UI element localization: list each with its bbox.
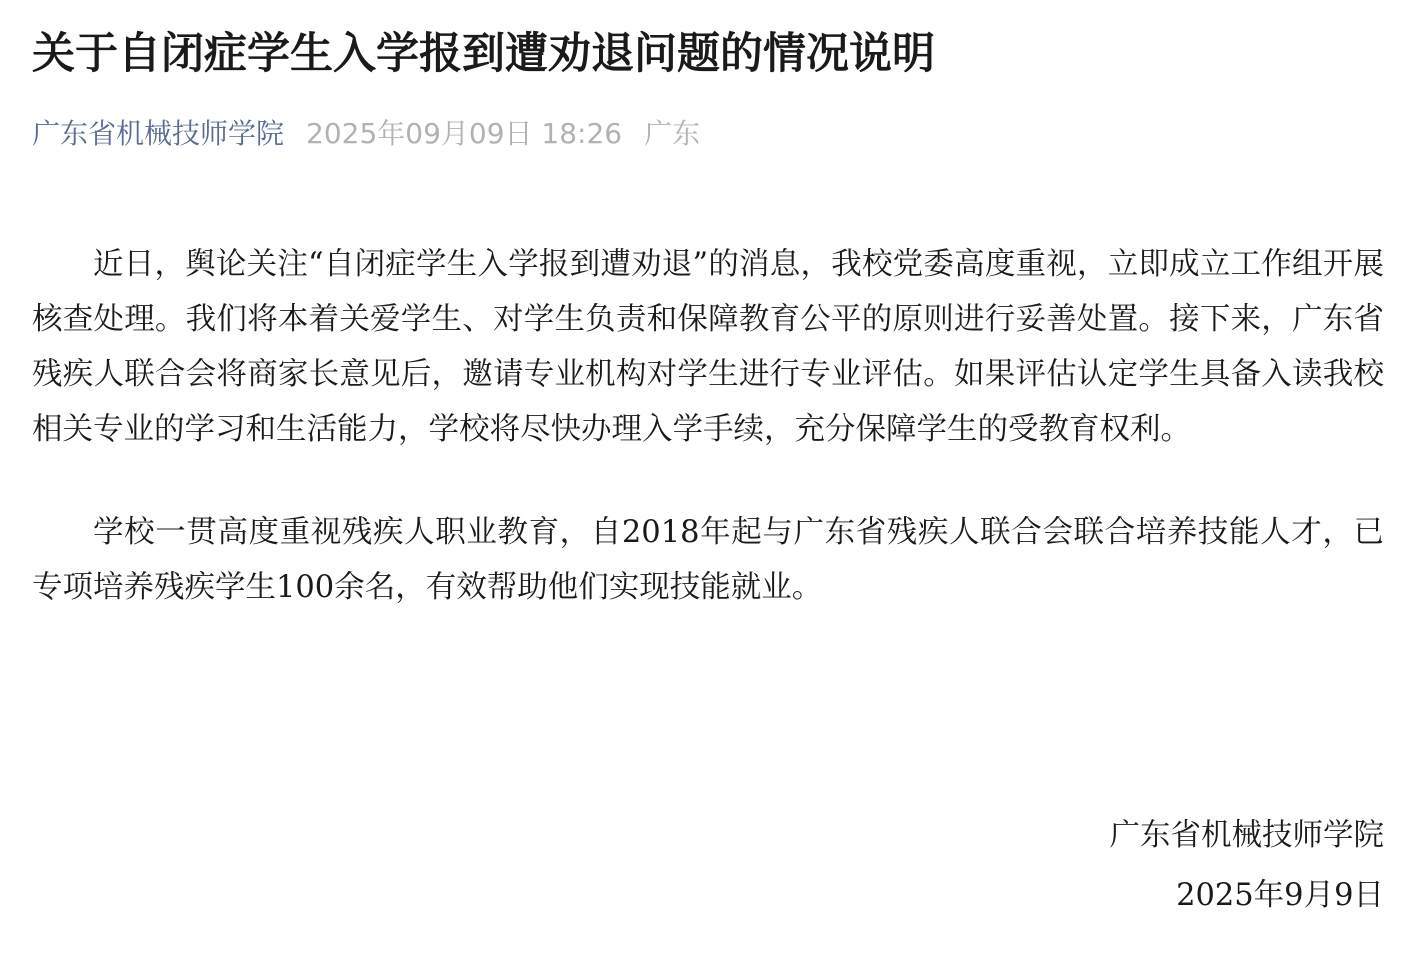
publish-time: 2025年09月09日 18:26 bbox=[306, 117, 622, 150]
article-title: 关于自闭症学生入学报到遭劝退问题的情况说明 bbox=[32, 26, 935, 82]
signature-date: 2025年9月9日 bbox=[1110, 866, 1385, 926]
article-body: 近日，舆论关注“自闭症学生入学报到遭劝退”的消息，我校党委高度重视，立即成立工作… bbox=[32, 237, 1384, 615]
publish-location: 广东 bbox=[644, 117, 700, 150]
paragraph: 近日，舆论关注“自闭症学生入学报到遭劝退”的消息，我校党委高度重视，立即成立工作… bbox=[32, 237, 1384, 457]
author-link[interactable]: 广东省机械技师学院 bbox=[32, 117, 284, 150]
signature-block: 广东省机械技师学院 2025年9月9日 bbox=[1110, 806, 1385, 926]
article-meta: 广东省机械技师学院2025年09月09日 18:26广东 bbox=[32, 114, 700, 154]
signature-organization: 广东省机械技师学院 bbox=[1110, 806, 1385, 866]
paragraph: 学校一贯高度重视残疾人职业教育，自2018年起与广东省残疾人联合会联合培养技能人… bbox=[32, 505, 1384, 615]
